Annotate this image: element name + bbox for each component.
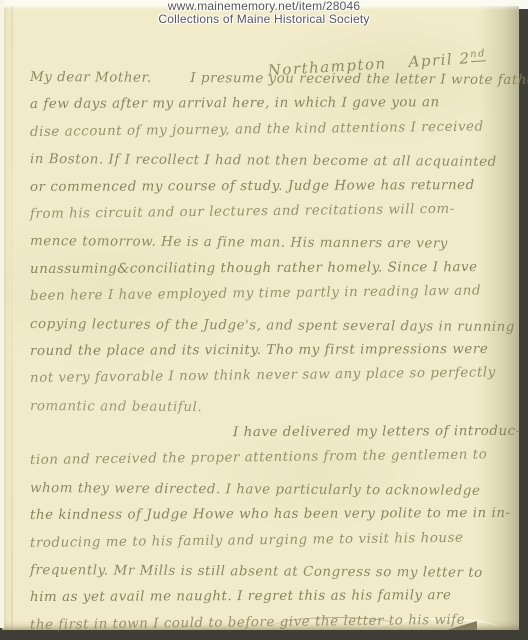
- letter-paper: NorthamptonApril 2nd My dear Mother. I p…: [2, 6, 519, 630]
- scanned-letter-screenshot: NorthamptonApril 2nd My dear Mother. I p…: [0, 0, 528, 640]
- letter-line: been here I have employed my time partly…: [30, 277, 514, 310]
- paper-crease: [11, 6, 13, 630]
- scan-edge-left: [0, 0, 4, 628]
- dateline-suffix: nd: [470, 48, 487, 62]
- letter-line: not very favorable I now think never saw…: [30, 359, 514, 392]
- letter-line: from his circuit and our lectures and re…: [30, 195, 514, 228]
- letter-line: dise account of my journey, and the kind…: [30, 113, 514, 146]
- letter-line: the first in town I could to before give…: [30, 606, 514, 639]
- watermark: www.mainememory.net/item/28046 Collectio…: [0, 0, 528, 26]
- letter-body: My dear Mother. I presume you received t…: [30, 64, 514, 639]
- watermark-collection: Collections of Maine Historical Society: [0, 13, 528, 26]
- letter-line: troducing me to his family and urging me…: [30, 524, 514, 557]
- letter-line: tion and received the proper attentions …: [30, 442, 514, 475]
